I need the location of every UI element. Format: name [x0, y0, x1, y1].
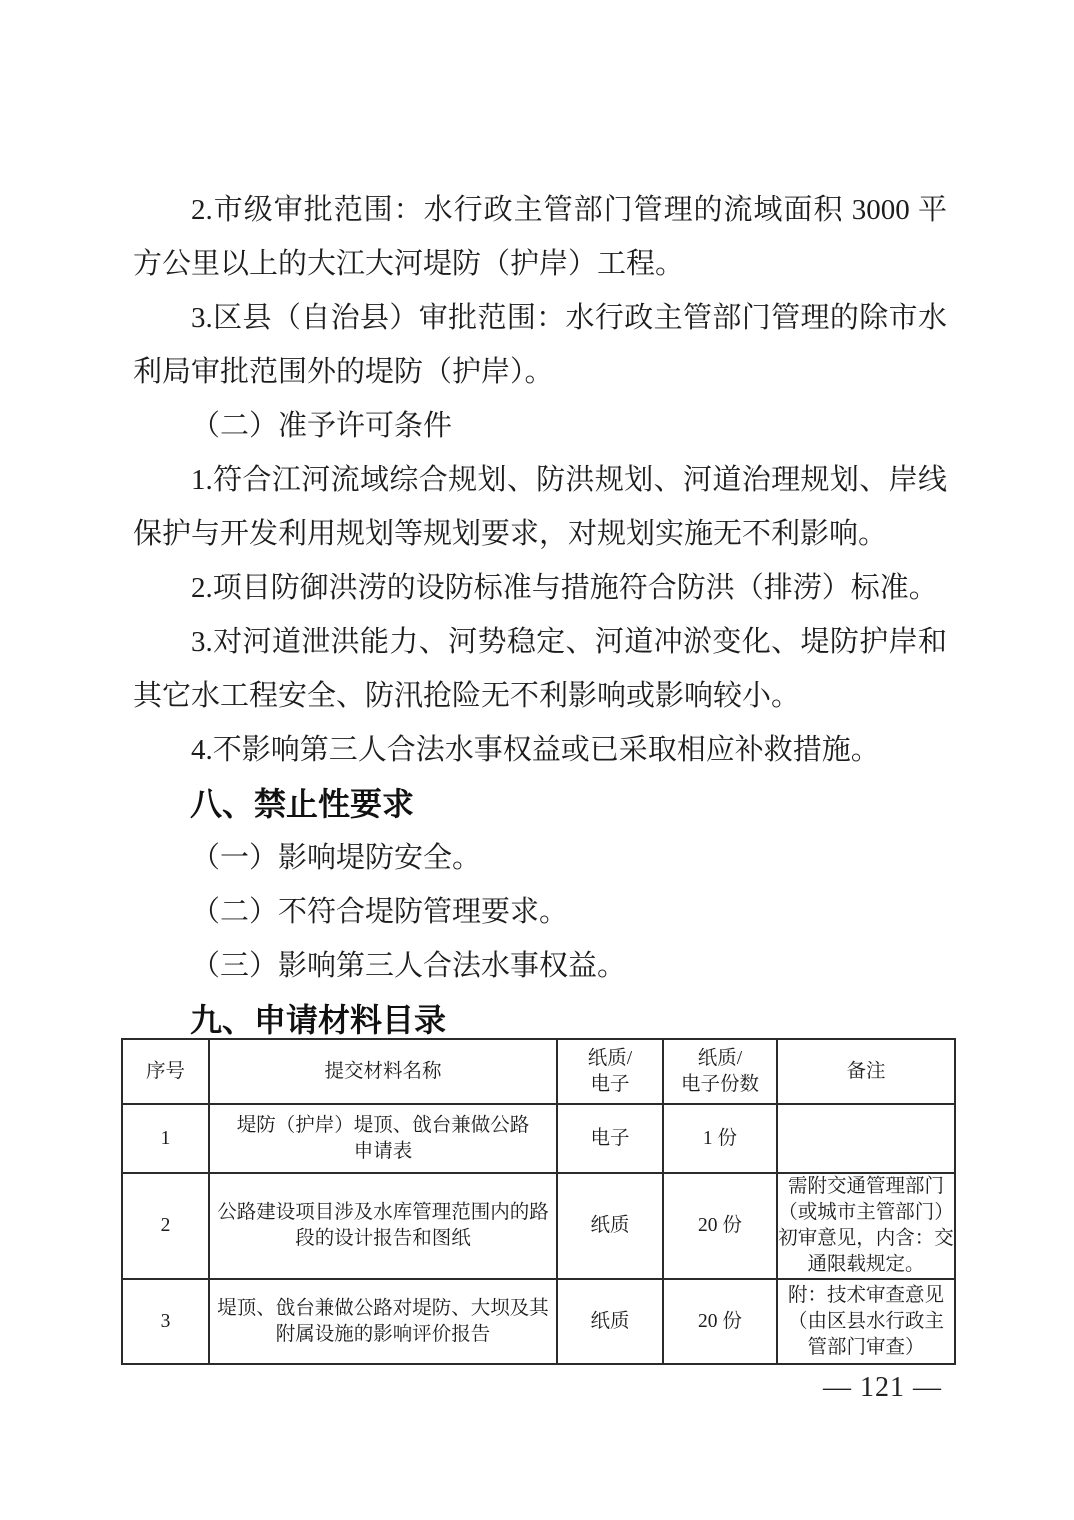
paragraph-prohibition-3: （三）影响第三人合法水事权益。 [133, 939, 947, 993]
cell-index: 1 [122, 1104, 209, 1173]
application-materials-table: 序号 提交材料名称 纸质/ 电子 纸质/ 电子份数 备注 1 堤防（护岸）堤顶、… [121, 1038, 956, 1365]
page-number: — 121 — [823, 1372, 942, 1404]
cell-copies: 1 份 [663, 1104, 777, 1173]
section-heading-prohibitions: 八、禁止性要求 [133, 777, 947, 831]
paragraph-permit-conditions-title: （二）准予许可条件 [133, 399, 947, 453]
cell-material-name: 公路建设项目涉及水库管理范围内的路 段的设计报告和图纸 [209, 1173, 557, 1279]
cell-index: 2 [122, 1173, 209, 1279]
paragraph-prohibition-2: （二）不符合堤防管理要求。 [133, 885, 947, 939]
table-header-row: 序号 提交材料名称 纸质/ 电子 纸质/ 电子份数 备注 [122, 1039, 955, 1104]
table-row-1: 1 堤防（护岸）堤顶、戗台兼做公路 申请表 电子 1 份 [122, 1104, 955, 1173]
col-header-copies: 纸质/ 电子份数 [663, 1039, 777, 1104]
cell-medium: 电子 [557, 1104, 663, 1173]
table-row-3: 3 堤顶、戗台兼做公路对堤防、大坝及其 附属设施的影响评价报告 纸质 20 份 … [122, 1279, 955, 1364]
paragraph-prohibition-1: （一）影响堤防安全。 [133, 831, 947, 885]
document-page: 2.市级审批范围：水行政主管部门管理的流域面积 3000 平方公里以上的大江大河… [0, 0, 1074, 1520]
cell-index: 3 [122, 1279, 209, 1364]
col-header-remarks: 备注 [777, 1039, 955, 1104]
document-content: 2.市级审批范围：水行政主管部门管理的流域面积 3000 平方公里以上的大江大河… [121, 183, 954, 1365]
cell-copies: 20 份 [663, 1279, 777, 1364]
table-row-2: 2 公路建设项目涉及水库管理范围内的路 段的设计报告和图纸 纸质 20 份 需附… [122, 1173, 955, 1279]
paragraph-condition-1: 1.符合江河流域综合规划、防洪规划、河道治理规划、岸线保护与开发利用规划等规划要… [133, 453, 947, 561]
col-header-material-name: 提交材料名称 [209, 1039, 557, 1104]
cell-medium: 纸质 [557, 1173, 663, 1279]
cell-remarks [777, 1104, 955, 1173]
cell-remarks: 需附交通管理部门 （或城市主管部门） 初审意见，内含：交 通限载规定。 [777, 1173, 955, 1279]
paragraph-condition-4: 4.不影响第三人合法水事权益或已采取相应补救措施。 [133, 723, 947, 777]
col-header-index: 序号 [122, 1039, 209, 1104]
paragraph-county-approval-scope: 3.区县（自治县）审批范围：水行政主管部门管理的除市水利局审批范围外的堤防（护岸… [133, 291, 947, 399]
cell-material-name: 堤防（护岸）堤顶、戗台兼做公路 申请表 [209, 1104, 557, 1173]
cell-copies: 20 份 [663, 1173, 777, 1279]
cell-medium: 纸质 [557, 1279, 663, 1364]
paragraph-city-approval-scope: 2.市级审批范围：水行政主管部门管理的流域面积 3000 平方公里以上的大江大河… [133, 183, 947, 291]
paragraph-condition-2: 2.项目防御洪涝的设防标准与措施符合防洪（排涝）标准。 [133, 561, 947, 615]
cell-remarks: 附：技术审查意见 （由区县水行政主 管部门审查） [777, 1279, 955, 1364]
cell-material-name: 堤顶、戗台兼做公路对堤防、大坝及其 附属设施的影响评价报告 [209, 1279, 557, 1364]
paragraph-condition-3: 3.对河道泄洪能力、河势稳定、河道冲淤变化、堤防护岸和其它水工程安全、防汛抢险无… [133, 615, 947, 723]
col-header-medium: 纸质/ 电子 [557, 1039, 663, 1104]
